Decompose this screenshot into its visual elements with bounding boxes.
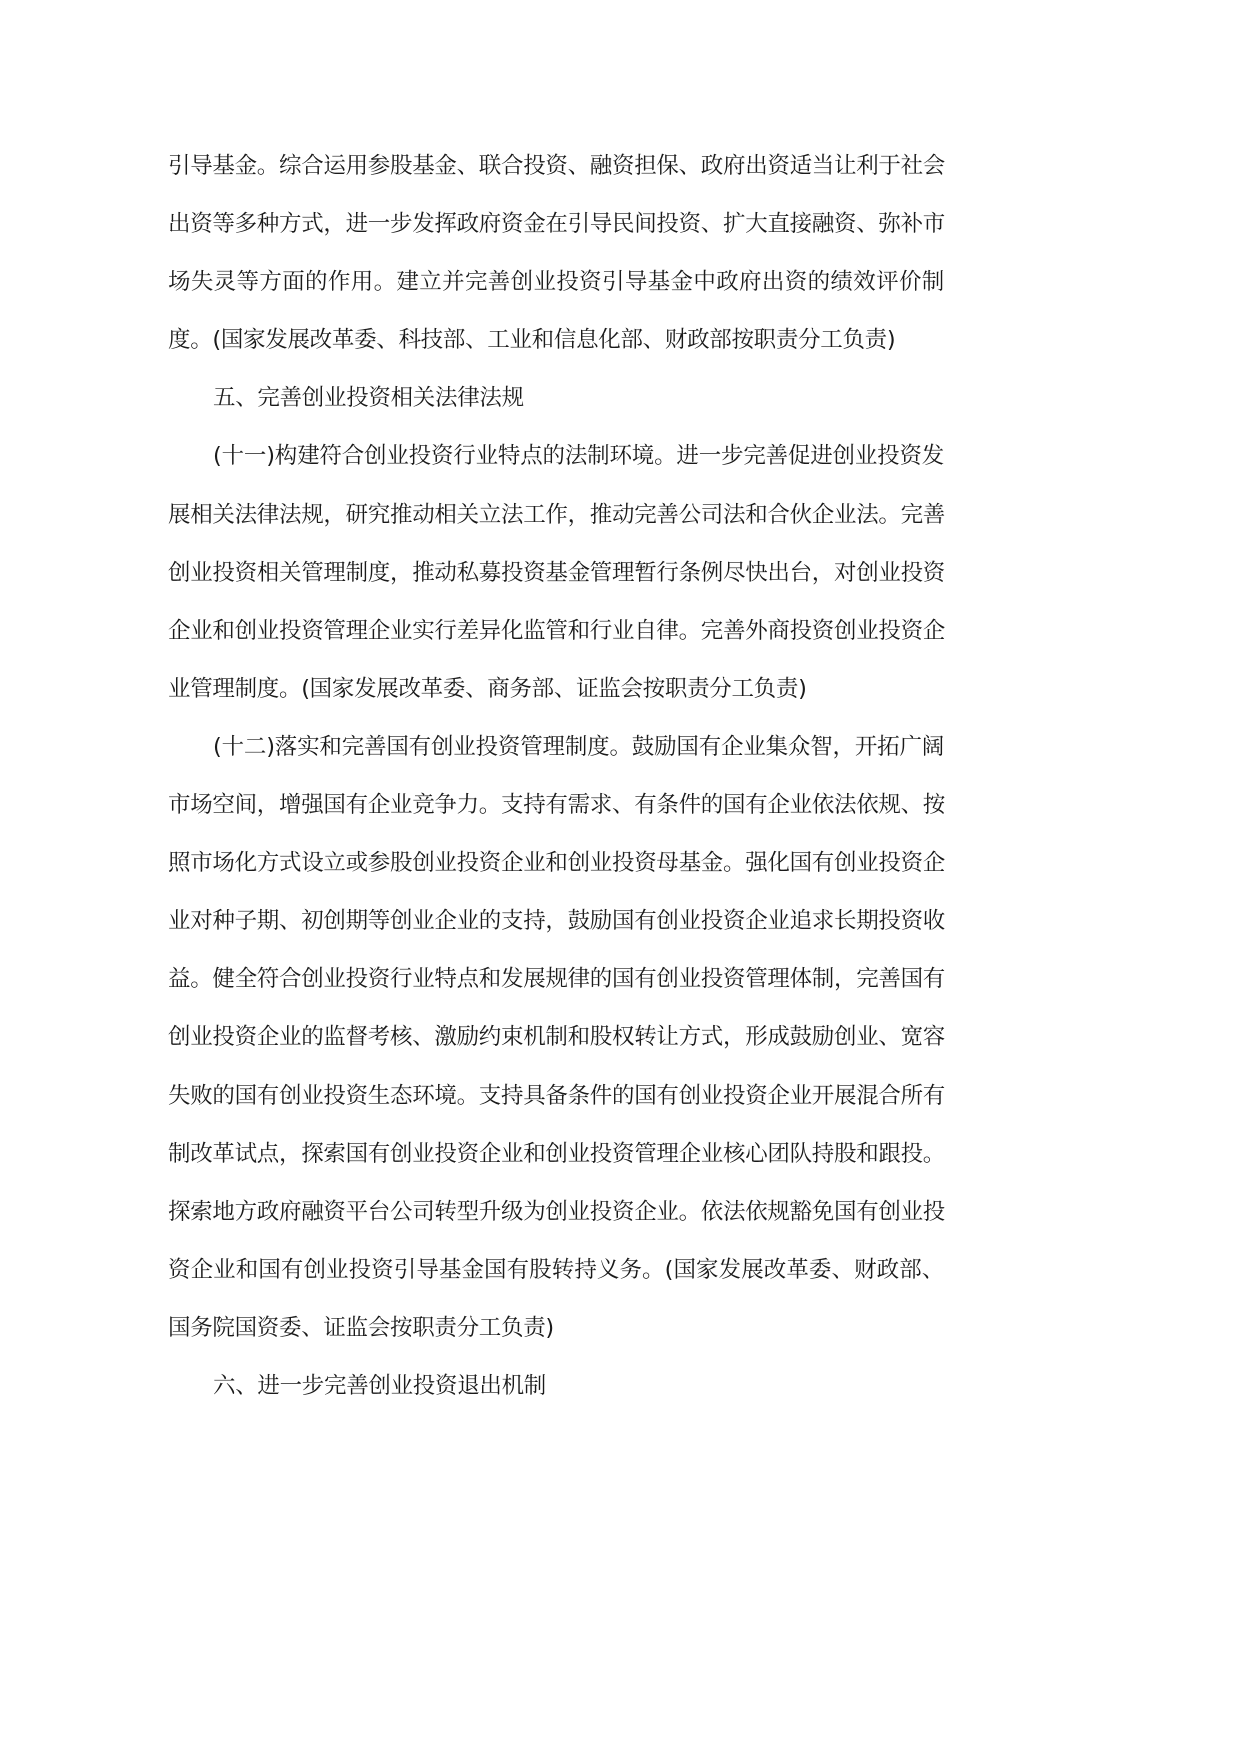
text-line: 资企业和国有创业投资引导基金国有股转持义务。(国家发展改革委、财政部、 bbox=[168, 1250, 944, 1308]
document-page: 引导基金。综合运用参股基金、联合投资、融资担保、政府出资适当让利于社会 出资等多… bbox=[0, 0, 1241, 1754]
text-line: 引导基金。综合运用参股基金、联合投资、融资担保、政府出资适当让利于社会 bbox=[168, 146, 944, 204]
text-line: 失败的国有创业投资生态环境。支持具备条件的国有创业投资企业开展混合所有 bbox=[168, 1076, 944, 1134]
paragraph-guidance-fund: 引导基金。综合运用参股基金、联合投资、融资担保、政府出资适当让利于社会 出资等多… bbox=[168, 146, 944, 378]
text-line: 国务院国资委、证监会按职责分工负责) bbox=[168, 1308, 944, 1366]
text-line: 业对种子期、初创期等创业企业的支持，鼓励国有创业投资企业追求长期投资收 bbox=[168, 901, 944, 959]
text-line: 度。(国家发展改革委、科技部、工业和信息化部、财政部按职责分工负责) bbox=[168, 320, 944, 378]
text-line: 市场空间，增强国有企业竞争力。支持有需求、有条件的国有企业依法依规、按 bbox=[168, 785, 944, 843]
text-line: 企业和创业投资管理企业实行差异化监管和行业自律。完善外商投资创业投资企 bbox=[168, 611, 944, 669]
section-heading-five: 五、完善创业投资相关法律法规 bbox=[168, 378, 944, 436]
text-line: 创业投资企业的监督考核、激励约束机制和股权转让方式，形成鼓励创业、宽容 bbox=[168, 1017, 944, 1075]
text-line: (十一)构建符合创业投资行业特点的法制环境。进一步完善促进创业投资发 bbox=[168, 436, 944, 494]
text-line: 出资等多种方式，进一步发挥政府资金在引导民间投资、扩大直接融资、弥补市 bbox=[168, 204, 944, 262]
text-line: 益。健全符合创业投资行业特点和发展规律的国有创业投资管理体制，完善国有 bbox=[168, 959, 944, 1017]
document-body: 引导基金。综合运用参股基金、联合投资、融资担保、政府出资适当让利于社会 出资等多… bbox=[168, 146, 944, 1424]
text-line: 业管理制度。(国家发展改革委、商务部、证监会按职责分工负责) bbox=[168, 669, 944, 727]
text-line: (十二)落实和完善国有创业投资管理制度。鼓励国有企业集众智，开拓广阔 bbox=[168, 727, 944, 785]
paragraph-eleven: (十一)构建符合创业投资行业特点的法制环境。进一步完善促进创业投资发 展相关法律… bbox=[168, 436, 944, 726]
text-line: 探索地方政府融资平台公司转型升级为创业投资企业。依法依规豁免国有创业投 bbox=[168, 1192, 944, 1250]
text-line: 场失灵等方面的作用。建立并完善创业投资引导基金中政府出资的绩效评价制 bbox=[168, 262, 944, 320]
paragraph-twelve: (十二)落实和完善国有创业投资管理制度。鼓励国有企业集众智，开拓广阔 市场空间，… bbox=[168, 727, 944, 1366]
text-line: 制改革试点，探索国有创业投资企业和创业投资管理企业核心团队持股和跟投。 bbox=[168, 1134, 944, 1192]
text-line: 展相关法律法规，研究推动相关立法工作，推动完善公司法和合伙企业法。完善 bbox=[168, 495, 944, 553]
text-line: 照市场化方式设立或参股创业投资企业和创业投资母基金。强化国有创业投资企 bbox=[168, 843, 944, 901]
text-line: 创业投资相关管理制度，推动私募投资基金管理暂行条例尽快出台，对创业投资 bbox=[168, 553, 944, 611]
section-heading-six: 六、进一步完善创业投资退出机制 bbox=[168, 1366, 944, 1424]
